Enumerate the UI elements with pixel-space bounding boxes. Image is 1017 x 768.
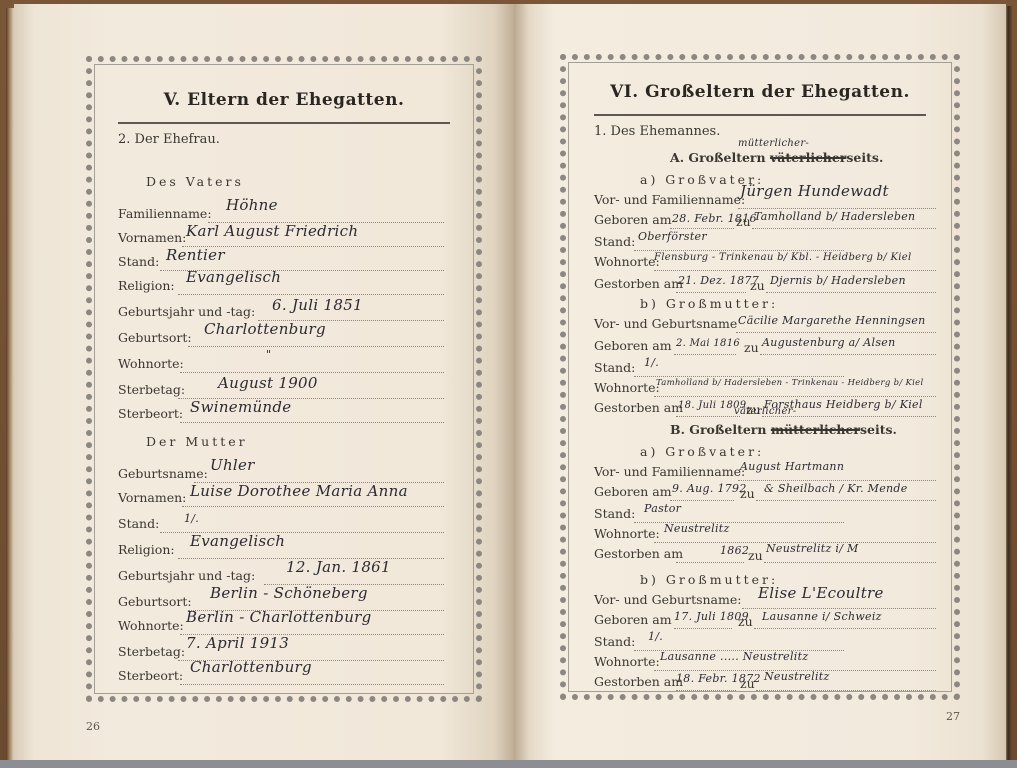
handwritten-value: 12. Jan. 1861 [286, 558, 391, 576]
field-label: Sterbetag: [118, 382, 185, 397]
struck-word: väterlicher [770, 150, 846, 165]
field-label: Vor- und Geburtsname [594, 316, 737, 331]
field-label: Geburtsjahr und -tag: [118, 568, 255, 583]
field-label: Wohnorte: [594, 254, 660, 269]
field-label: zu [738, 614, 753, 629]
handwritten-value: Charlottenburg [204, 320, 326, 338]
fill-line [742, 608, 936, 609]
handwritten-value: 2. Mai 1816 [676, 338, 740, 349]
handwritten-value: Flensburg - Trinkenau b/ Kbl. - Heidberg… [654, 252, 911, 263]
field-label: zu [736, 214, 751, 229]
field-label: Geburtsort: [118, 330, 192, 345]
handwritten-value: " [266, 348, 271, 361]
handwritten-value: Lausanne i/ Schweiz [762, 610, 882, 623]
fill-line [756, 500, 936, 501]
handwritten-value: Uhler [210, 456, 255, 474]
field-label: Vornamen: [118, 230, 186, 245]
field-label: Geboren am [594, 612, 672, 627]
field-label: Wohnorte: [594, 380, 660, 395]
fill-line [188, 346, 444, 347]
handwritten-value: Berlin - Charlottenburg [186, 608, 372, 626]
field-label: Sterbeort: [118, 668, 183, 683]
handwritten-value: Jürgen Hundewadt [740, 182, 889, 200]
fill-line [180, 372, 444, 373]
handwritten-value: Oberförster [638, 230, 707, 243]
page-number: 27 [946, 710, 960, 723]
annotation-above: mütterlicher- [738, 138, 809, 149]
field-label: Vornamen: [118, 490, 186, 505]
fill-line [766, 292, 936, 293]
handwritten-value: Augustenburg a/ Alsen [762, 336, 896, 349]
handwritten-value: Luise Dorothee Maria Anna [190, 482, 408, 500]
handwritten-value: Tamholland b/ Hadersleben - Trinkenau - … [656, 378, 924, 388]
father-heading: Des Vaters [146, 174, 244, 189]
fill-line [182, 506, 444, 507]
field-label: Stand: [118, 254, 159, 269]
field-label: zu [748, 548, 763, 563]
handwritten-value: August 1900 [218, 374, 318, 392]
fill-line [180, 422, 444, 423]
field-label: Gestorben am [594, 674, 683, 689]
left-page: V. Eltern der Ehegatten. 2. Der Ehefrau.… [14, 4, 514, 760]
heading-suffix: seits. [846, 150, 883, 165]
fill-line [674, 354, 736, 355]
field-label: Geboren am [594, 212, 672, 227]
handwritten-value: Pastor [644, 502, 681, 515]
field-label: Gestorben am [594, 546, 683, 561]
group-b-heading: B. Großeltern mütterlicherseits. [670, 422, 897, 437]
field-label: Geburtsname: [118, 466, 208, 481]
title-rule [594, 114, 926, 116]
handwritten-value: Karl August Friedrich [186, 222, 358, 240]
fill-line [676, 416, 740, 417]
page-title: V. Eltern der Ehegatten. [104, 90, 464, 110]
fill-line [764, 562, 936, 563]
fill-line [752, 228, 936, 229]
handwritten-value: Evangelisch [190, 532, 285, 550]
field-label: Vor- und Familienname: [594, 192, 745, 207]
handwritten-value: Berlin - Schöneberg [210, 584, 368, 602]
heading-prefix: A. Großeltern [670, 150, 766, 165]
field-label: Geboren am [594, 338, 672, 353]
field-label: Geboren am [594, 484, 672, 499]
field-label: zu [740, 676, 755, 691]
field-label: Wohnorte: [118, 356, 184, 371]
handwritten-value: Höhne [226, 196, 278, 214]
field-label: Geburtsjahr und -tag: [118, 304, 255, 319]
field-label: Wohnorte: [594, 654, 660, 669]
field-label: Stand: [594, 506, 635, 521]
field-label: Geburtsort: [118, 594, 192, 609]
handwritten-value: 1862 [720, 544, 749, 557]
field-label: Vor- und Geburtsname: [594, 592, 741, 607]
field-label: zu [740, 486, 755, 501]
handwritten-value: Cäcilie Margarethe Henningsen [738, 314, 926, 327]
field-label: Religion: [118, 278, 175, 293]
handwritten-value: Djernis b/ Hadersleben [770, 274, 906, 287]
heading-prefix: B. Großeltern [670, 422, 766, 437]
section-heading: 1. Des Ehemannes. [594, 124, 720, 139]
fill-line [654, 396, 936, 397]
handwritten-value: Rentier [166, 246, 225, 264]
fill-line [676, 292, 746, 293]
heading-suffix: seits. [860, 422, 897, 437]
mother-heading: Der Mutter [146, 434, 248, 449]
fill-line [670, 228, 734, 229]
fill-line [676, 690, 736, 691]
field-label: Sterbetag: [118, 644, 185, 659]
field-label: Sterbeort: [118, 406, 183, 421]
title-rule [118, 122, 450, 124]
handwritten-value: August Hartmann [740, 460, 844, 473]
fill-line [760, 354, 936, 355]
fill-line [654, 270, 936, 271]
fill-line [738, 480, 936, 481]
page-title: VI. Großeltern der Ehegatten. [578, 82, 942, 102]
field-label: Stand: [594, 634, 635, 649]
handwritten-value: Lausanne ..... Neustrelitz [660, 650, 808, 663]
field-label: zu [744, 340, 759, 355]
annotation-above: väterlicher- [734, 406, 796, 417]
handwritten-value: Neustrelitz i/ M [766, 542, 859, 555]
fill-line [178, 294, 444, 295]
fill-line [634, 376, 844, 377]
field-label: Stand: [594, 360, 635, 375]
page-number: 26 [86, 720, 100, 733]
field-label: Vor- und Familienname: [594, 464, 745, 479]
field-label: Wohnorte: [118, 618, 184, 633]
right-page: VI. Großeltern der Ehegatten. 1. Des Ehe… [514, 4, 1006, 760]
field-label: Wohnorte: [594, 526, 660, 541]
group-a-heading: A. Großeltern väterlicherseits. [670, 150, 883, 165]
handwritten-value: 7. April 1913 [186, 634, 289, 652]
fill-line [738, 208, 936, 209]
struck-word: mütterlicher [771, 422, 860, 437]
handwritten-value: & Sheilbach / Kr. Mende [764, 482, 908, 495]
field-label: Gestorben am [594, 400, 683, 415]
handwritten-value: Elise L'Ecoultre [758, 584, 884, 602]
handwritten-value: 6. Juli 1851 [272, 296, 363, 314]
fill-line [736, 332, 936, 333]
grandfather-b-heading: a) Großvater: [640, 444, 764, 459]
table-surface [0, 760, 1017, 768]
handwritten-value: Neustrelitz [764, 670, 830, 683]
fill-line [676, 562, 744, 563]
fill-line [670, 500, 734, 501]
field-label: Stand: [118, 516, 159, 531]
grandmother-a-heading: b) Großmutter: [640, 296, 778, 311]
handwritten-value: Charlottenburg [190, 658, 312, 676]
field-label: Stand: [594, 234, 635, 249]
handwritten-value: Tamholland b/ Hadersleben [754, 210, 915, 223]
handwritten-value: 1/. [648, 630, 663, 643]
field-label: Gestorben am [594, 276, 683, 291]
field-label: Religion: [118, 542, 175, 557]
fill-line [754, 628, 936, 629]
fill-line [180, 684, 444, 685]
handwritten-value: 1/. [644, 356, 659, 369]
handwritten-value: Evangelisch [186, 268, 281, 286]
fill-line [674, 628, 732, 629]
fill-line [756, 690, 936, 691]
fill-line [634, 250, 844, 251]
section-heading: 2. Der Ehefrau. [118, 132, 220, 147]
handwritten-value: Swinemünde [190, 398, 291, 416]
field-label: zu [750, 278, 765, 293]
field-label: Familienname: [118, 206, 212, 221]
handwritten-value: 1/. [184, 512, 199, 525]
handwritten-value: 21. Dez. 1877 [678, 274, 759, 287]
handwritten-value: Neustrelitz [664, 522, 730, 535]
handwritten-value: 9. Aug. 1792 [672, 482, 747, 495]
